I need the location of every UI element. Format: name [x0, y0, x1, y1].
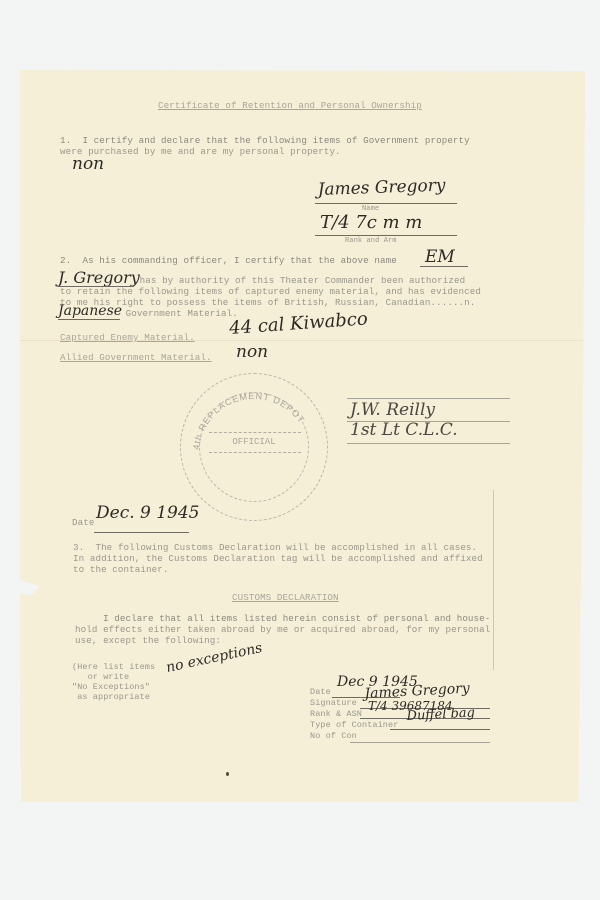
customs-heading: CUSTOMS DECLARATION	[232, 592, 339, 603]
date-handwritten: Dec. 9 1945	[96, 503, 200, 523]
customs-field-date-label: Date	[310, 687, 331, 698]
section1-rank-handwritten: T/4 7c m m	[320, 212, 422, 233]
section2-line2: has by authority of this Theater Command…	[134, 275, 465, 286]
date-label: Date	[72, 517, 94, 528]
section1-line1: 1. I certify and declare that the follow…	[60, 135, 470, 146]
section1-signature: James Gregory	[317, 176, 445, 200]
officer-line-top	[347, 398, 510, 399]
date-line	[94, 532, 189, 533]
rank-label: Rank and Arm	[345, 236, 397, 247]
paper-fold-vertical	[493, 490, 494, 670]
official-stamp: 4th REPLACEMENT DEPOT OFFICIAL	[180, 373, 328, 521]
customs-field-signature-label: Signature	[310, 698, 357, 709]
section2-nationality-handwritten: Japanese	[58, 303, 122, 319]
stamp-official-text: OFFICIAL	[181, 437, 327, 447]
rank-field-line	[420, 266, 468, 267]
section2-line5: Government Material.	[120, 308, 238, 319]
customs-field-count-label: No of Con	[310, 731, 357, 742]
customs-line2: hold effects either taken abroad by me o…	[75, 624, 490, 635]
officer-signature: J.W. Reilly	[350, 400, 435, 420]
section1-items-handwritten: non	[72, 154, 104, 174]
paper-spot	[226, 772, 229, 776]
stamp-bar-top	[209, 432, 301, 434]
signature-line	[315, 203, 457, 204]
customs-container-line	[390, 729, 490, 730]
section2-line1: 2. As his commanding officer, I certify …	[60, 255, 397, 266]
document-paper: Certificate of Retention and Personal Ow…	[20, 70, 585, 802]
section2-name-handwritten: J. Gregory	[58, 268, 140, 287]
section3-line3: to the container.	[73, 564, 168, 575]
stamp-ring-text: 4th REPLACEMENT DEPOT	[181, 374, 327, 520]
captured-material-handwritten: 44 cal Kiwabco	[229, 308, 369, 339]
stamp-bar-bottom	[209, 452, 301, 454]
officer-line-bottom	[347, 443, 510, 444]
allied-material-handwritten: non	[236, 342, 268, 362]
customs-line3: use, except the following:	[75, 635, 221, 646]
officer-title: 1st Lt C.L.C.	[350, 420, 458, 440]
section2-line3: to retain the following items of capture…	[60, 286, 481, 297]
customs-line1: I declare that all items listed herein c…	[75, 613, 490, 624]
section3-line2: In addition, the Customs Declaration tag…	[73, 553, 483, 564]
customs-field-container-label: Type of Container	[310, 720, 398, 731]
section2-line4: to me his right to possess the items of …	[60, 297, 475, 308]
customs-count-line	[350, 742, 490, 743]
customs-instruction-4: as appropriate	[72, 692, 150, 703]
customs-field-rank-label: Rank & ASN	[310, 709, 362, 720]
nationality-field-line	[58, 319, 120, 320]
section2-rank-handwritten: EM	[425, 247, 455, 267]
document-title: Certificate of Retention and Personal Ow…	[158, 100, 422, 111]
allied-material-label: Allied Government Material.	[60, 352, 212, 363]
customs-field-container-value: Duffel bag	[406, 705, 475, 724]
section3-line1: 3. The following Customs Declaration wil…	[73, 542, 477, 553]
captured-material-label: Captured Enemy Material.	[60, 332, 195, 343]
